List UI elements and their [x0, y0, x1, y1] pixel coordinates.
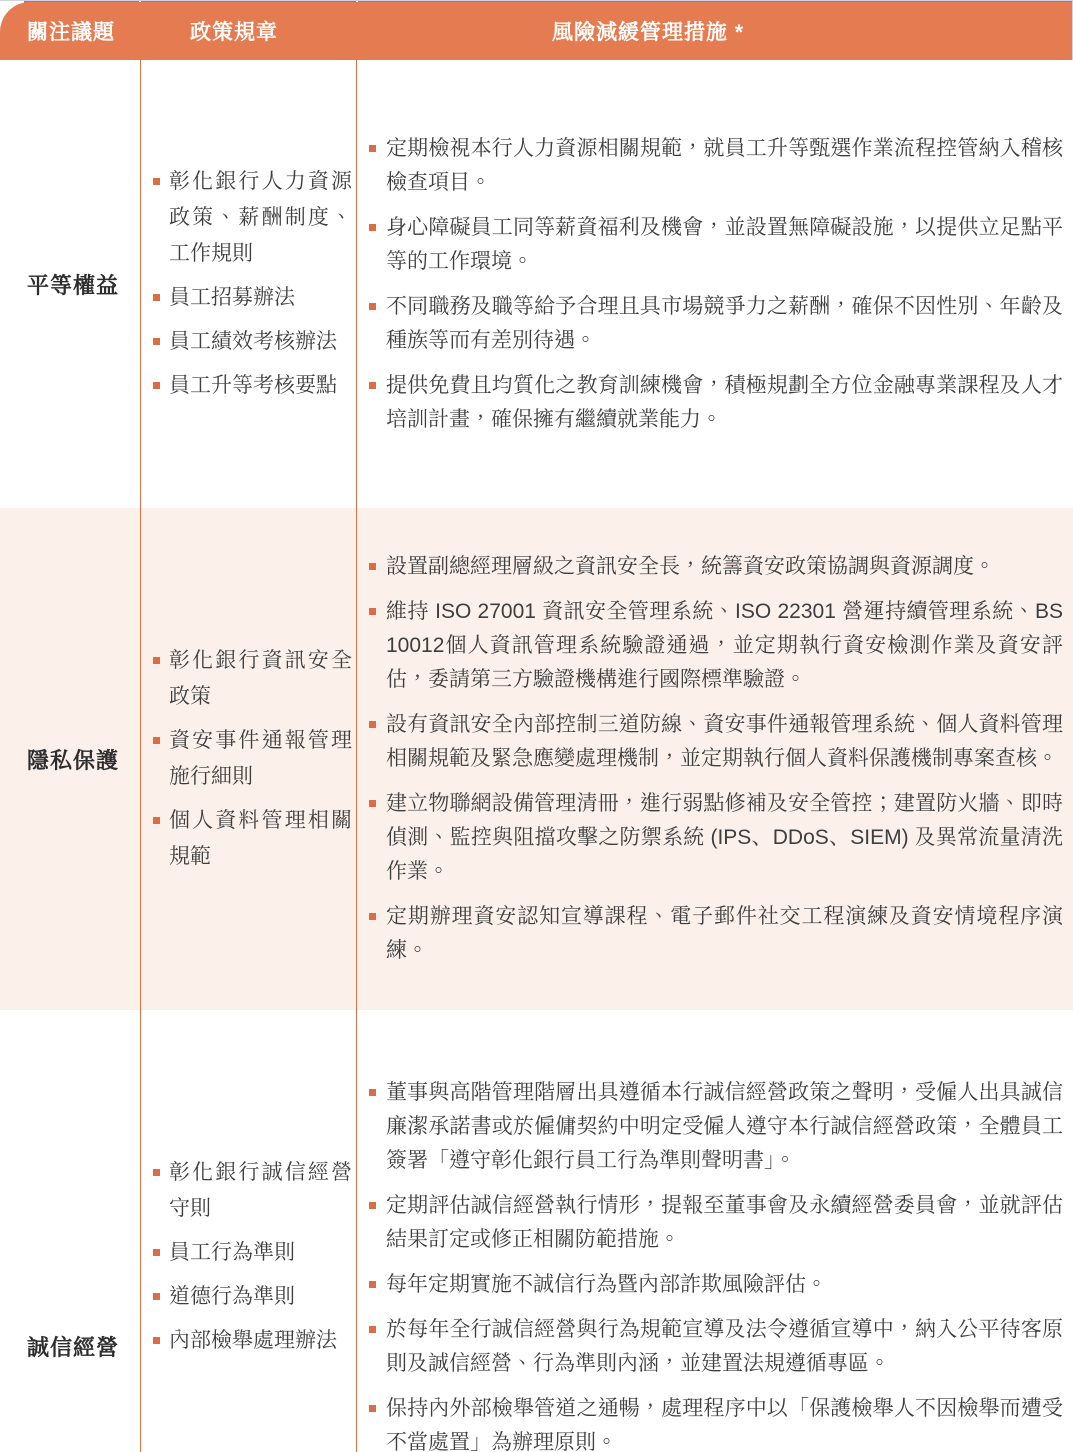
policy-item: 員工升等考核要點: [153, 368, 352, 404]
header-policy: 政策規章: [190, 2, 278, 60]
measure-item: 定期檢視本行人力資源相關規範，就員工升等甄選作業流程控管納入稽核檢查項目。: [369, 132, 1063, 200]
policy-cell: 彰化銀行資訊安全政策資安事件通報管理施行細則個人資料管理相關規範: [140, 508, 356, 1010]
measure-item: 於每年全行誠信經營與行為規範宣導及法令遵循宣導中，納入公平待客原則及誠信經營、行…: [369, 1313, 1063, 1381]
policy-item: 內部檢舉處理辦法: [153, 1323, 352, 1359]
measures-cell: 董事與高階管理階層出具遵循本行誠信經營政策之聲明，受僱人出具誠信廉潔承諾書或於僱…: [356, 1010, 1073, 1452]
topic-cell: 誠信經營: [0, 1010, 140, 1452]
square-bullet-icon: [369, 721, 376, 728]
measure-item: 身心障礙員工同等薪資福利及機會，並設置無障礙設施，以提供立足點平等的工作環境。: [369, 211, 1063, 279]
measure-item-text: 定期檢視本行人力資源相關規範，就員工升等甄選作業流程控管納入稽核檢查項目。: [386, 132, 1063, 200]
measure-item-text: 設有資訊安全內部控制三道防線、資安事件通報管理系統、個人資料管理相關規範及緊急應…: [386, 708, 1063, 776]
table-row: 誠信經營彰化銀行誠信經營守則員工行為準則道德行為準則內部檢舉處理辦法董事與高階管…: [0, 1010, 1073, 1452]
measure-item: 保持內外部檢舉管道之通暢，處理程序中以「保護檢舉人不因檢舉而遭受不當處置」為辦理…: [369, 1392, 1063, 1452]
policy-cell-list: 彰化銀行資訊安全政策資安事件通報管理施行細則個人資料管理相關規範: [153, 643, 352, 875]
topic-label: 隱私保護: [27, 744, 119, 775]
measure-item-text: 定期評估誠信經營執行情形，提報至董事會及永續經營委員會，並就評估結果訂定或修正相…: [386, 1189, 1063, 1257]
measure-item-text: 身心障礙員工同等薪資福利及機會，並設置無障礙設施，以提供立足點平等的工作環境。: [386, 211, 1063, 279]
policy-cell: 彰化銀行誠信經營守則員工行為準則道德行為準則內部檢舉處理辦法: [140, 1010, 356, 1452]
policy-item: 員工行為準則: [153, 1235, 352, 1271]
policy-item: 彰化銀行人力資源政策、薪酬制度、工作規則: [153, 164, 352, 272]
measure-item-text: 於每年全行誠信經營與行為規範宣導及法令遵循宣導中，納入公平待客原則及誠信經營、行…: [386, 1313, 1063, 1381]
square-bullet-icon: [369, 224, 376, 231]
policy-cell: 彰化銀行人力資源政策、薪酬制度、工作規則員工招募辦法員工績效考核辦法員工升等考核…: [140, 60, 356, 508]
topic-cell: 隱私保護: [0, 508, 140, 1010]
square-bullet-icon: [369, 303, 376, 310]
square-bullet-icon: [369, 608, 376, 615]
header-topic: 關注議題: [27, 2, 115, 60]
square-bullet-icon: [369, 145, 376, 152]
policy-item-text: 彰化銀行誠信經營守則: [169, 1155, 352, 1227]
policy-cell-list: 彰化銀行誠信經營守則員工行為準則道德行為準則內部檢舉處理辦法: [153, 1155, 352, 1359]
measure-item: 設有資訊安全內部控制三道防線、資安事件通報管理系統、個人資料管理相關規範及緊急應…: [369, 708, 1063, 776]
measure-item-text: 建立物聯網設備管理清冊，進行弱點修補及安全管控；建置防火牆、即時偵測、監控與阻擋…: [386, 787, 1063, 889]
square-bullet-icon: [153, 382, 160, 389]
square-bullet-icon: [369, 1281, 376, 1288]
policy-item: 員工績效考核辦法: [153, 324, 352, 360]
topic-label: 平等權益: [27, 269, 119, 300]
policy-item-text: 彰化銀行資訊安全政策: [169, 643, 352, 715]
measure-item-text: 提供免費且均質化之教育訓練機會，積極規劃全方位金融專業課程及人才培訓計畫，確保擁…: [386, 369, 1063, 437]
policy-item: 個人資料管理相關規範: [153, 803, 352, 875]
measures-cell: 設置副總經理層級之資訊安全長，統籌資安政策協調與資源調度。維持 ISO 2700…: [356, 508, 1073, 1010]
policy-item: 員工招募辦法: [153, 280, 352, 316]
policy-item-text: 內部檢舉處理辦法: [169, 1323, 352, 1359]
policy-item-text: 道德行為準則: [169, 1279, 352, 1315]
measure-item-text: 維持 ISO 27001 資訊安全管理系統、ISO 22301 營運持續管理系統…: [386, 595, 1063, 697]
policy-item-text: 員工績效考核辦法: [169, 324, 352, 360]
measure-item: 不同職務及職等給予合理且具市場競爭力之薪酬，確保不因性別、年齡及種族等而有差別待…: [369, 290, 1063, 358]
square-bullet-icon: [153, 657, 160, 664]
policy-item-text: 彰化銀行人力資源政策、薪酬制度、工作規則: [169, 164, 352, 272]
measure-item-text: 定期辦理資安認知宣導課程、電子郵件社交工程演練及資安情境程序演練。: [386, 900, 1063, 968]
esg-risk-table-page: 關注議題 政策規章 風險減緩管理措施 * 平等權益彰化銀行人力資源政策、薪酬制度…: [0, 0, 1073, 1452]
measure-item-text: 保持內外部檢舉管道之通暢，處理程序中以「保護檢舉人不因檢舉而遭受不當處置」為辦理…: [386, 1392, 1063, 1452]
table-header: 關注議題 政策規章 風險減緩管理措施 *: [0, 2, 1073, 60]
square-bullet-icon: [153, 1293, 160, 1300]
measure-item-text: 設置副總經理層級之資訊安全長，統籌資安政策協調與資源調度。: [386, 550, 1063, 584]
square-bullet-icon: [153, 1337, 160, 1344]
policy-cell-list: 彰化銀行人力資源政策、薪酬制度、工作規則員工招募辦法員工績效考核辦法員工升等考核…: [153, 164, 352, 404]
square-bullet-icon: [153, 1249, 160, 1256]
policy-item: 道德行為準則: [153, 1279, 352, 1315]
square-bullet-icon: [369, 1326, 376, 1333]
policy-item-text: 個人資料管理相關規範: [169, 803, 352, 875]
table-row: 隱私保護彰化銀行資訊安全政策資安事件通報管理施行細則個人資料管理相關規範設置副總…: [0, 508, 1073, 1010]
square-bullet-icon: [153, 737, 160, 744]
square-bullet-icon: [369, 382, 376, 389]
policy-item: 彰化銀行資訊安全政策: [153, 643, 352, 715]
square-bullet-icon: [369, 1405, 376, 1412]
measure-item: 董事與高階管理階層出具遵循本行誠信經營政策之聲明，受僱人出具誠信廉潔承諾書或於僱…: [369, 1076, 1063, 1178]
measures-cell: 定期檢視本行人力資源相關規範，就員工升等甄選作業流程控管納入稽核檢查項目。身心障…: [356, 60, 1073, 508]
measure-item: 建立物聯網設備管理清冊，進行弱點修補及安全管控；建置防火牆、即時偵測、監控與阻擋…: [369, 787, 1063, 889]
measure-item-text: 每年定期實施不誠信行為暨內部詐欺風險評估。: [386, 1268, 1063, 1302]
topic-cell: 平等權益: [0, 60, 140, 508]
measure-item: 維持 ISO 27001 資訊安全管理系統、ISO 22301 營運持續管理系統…: [369, 595, 1063, 697]
policy-item-text: 員工行為準則: [169, 1235, 352, 1271]
policy-item-text: 員工升等考核要點: [169, 368, 352, 404]
square-bullet-icon: [369, 913, 376, 920]
measure-item: 提供免費且均質化之教育訓練機會，積極規劃全方位金融專業課程及人才培訓計畫，確保擁…: [369, 369, 1063, 437]
topic-label: 誠信經營: [27, 1331, 119, 1362]
square-bullet-icon: [153, 817, 160, 824]
measure-item: 定期辦理資安認知宣導課程、電子郵件社交工程演練及資安情境程序演練。: [369, 900, 1063, 968]
square-bullet-icon: [369, 1202, 376, 1209]
measures-cell-list: 定期檢視本行人力資源相關規範，就員工升等甄選作業流程控管納入稽核檢查項目。身心障…: [369, 132, 1063, 437]
measure-item-text: 不同職務及職等給予合理且具市場競爭力之薪酬，確保不因性別、年齡及種族等而有差別待…: [386, 290, 1063, 358]
measure-item-text: 董事與高階管理階層出具遵循本行誠信經營政策之聲明，受僱人出具誠信廉潔承諾書或於僱…: [386, 1076, 1063, 1178]
square-bullet-icon: [369, 800, 376, 807]
measure-item: 每年定期實施不誠信行為暨內部詐欺風險評估。: [369, 1268, 1063, 1302]
measure-item: 設置副總經理層級之資訊安全長，統籌資安政策協調與資源調度。: [369, 550, 1063, 584]
measures-cell-list: 設置副總經理層級之資訊安全長，統籌資安政策協調與資源調度。維持 ISO 2700…: [369, 550, 1063, 968]
policy-item: 彰化銀行誠信經營守則: [153, 1155, 352, 1227]
square-bullet-icon: [153, 338, 160, 345]
square-bullet-icon: [153, 294, 160, 301]
square-bullet-icon: [369, 563, 376, 570]
square-bullet-icon: [153, 1169, 160, 1176]
table-row: 平等權益彰化銀行人力資源政策、薪酬制度、工作規則員工招募辦法員工績效考核辦法員工…: [0, 60, 1073, 508]
square-bullet-icon: [153, 178, 160, 185]
square-bullet-icon: [369, 1089, 376, 1096]
measure-item: 定期評估誠信經營執行情形，提報至董事會及永續經營委員會，並就評估結果訂定或修正相…: [369, 1189, 1063, 1257]
table-body: 平等權益彰化銀行人力資源政策、薪酬制度、工作規則員工招募辦法員工績效考核辦法員工…: [0, 60, 1073, 1452]
measures-cell-list: 董事與高階管理階層出具遵循本行誠信經營政策之聲明，受僱人出具誠信廉潔承諾書或於僱…: [369, 1076, 1063, 1452]
policy-item: 資安事件通報管理施行細則: [153, 723, 352, 795]
header-measures: 風險減緩管理措施 *: [552, 2, 744, 60]
policy-item-text: 資安事件通報管理施行細則: [169, 723, 352, 795]
policy-item-text: 員工招募辦法: [169, 280, 352, 316]
